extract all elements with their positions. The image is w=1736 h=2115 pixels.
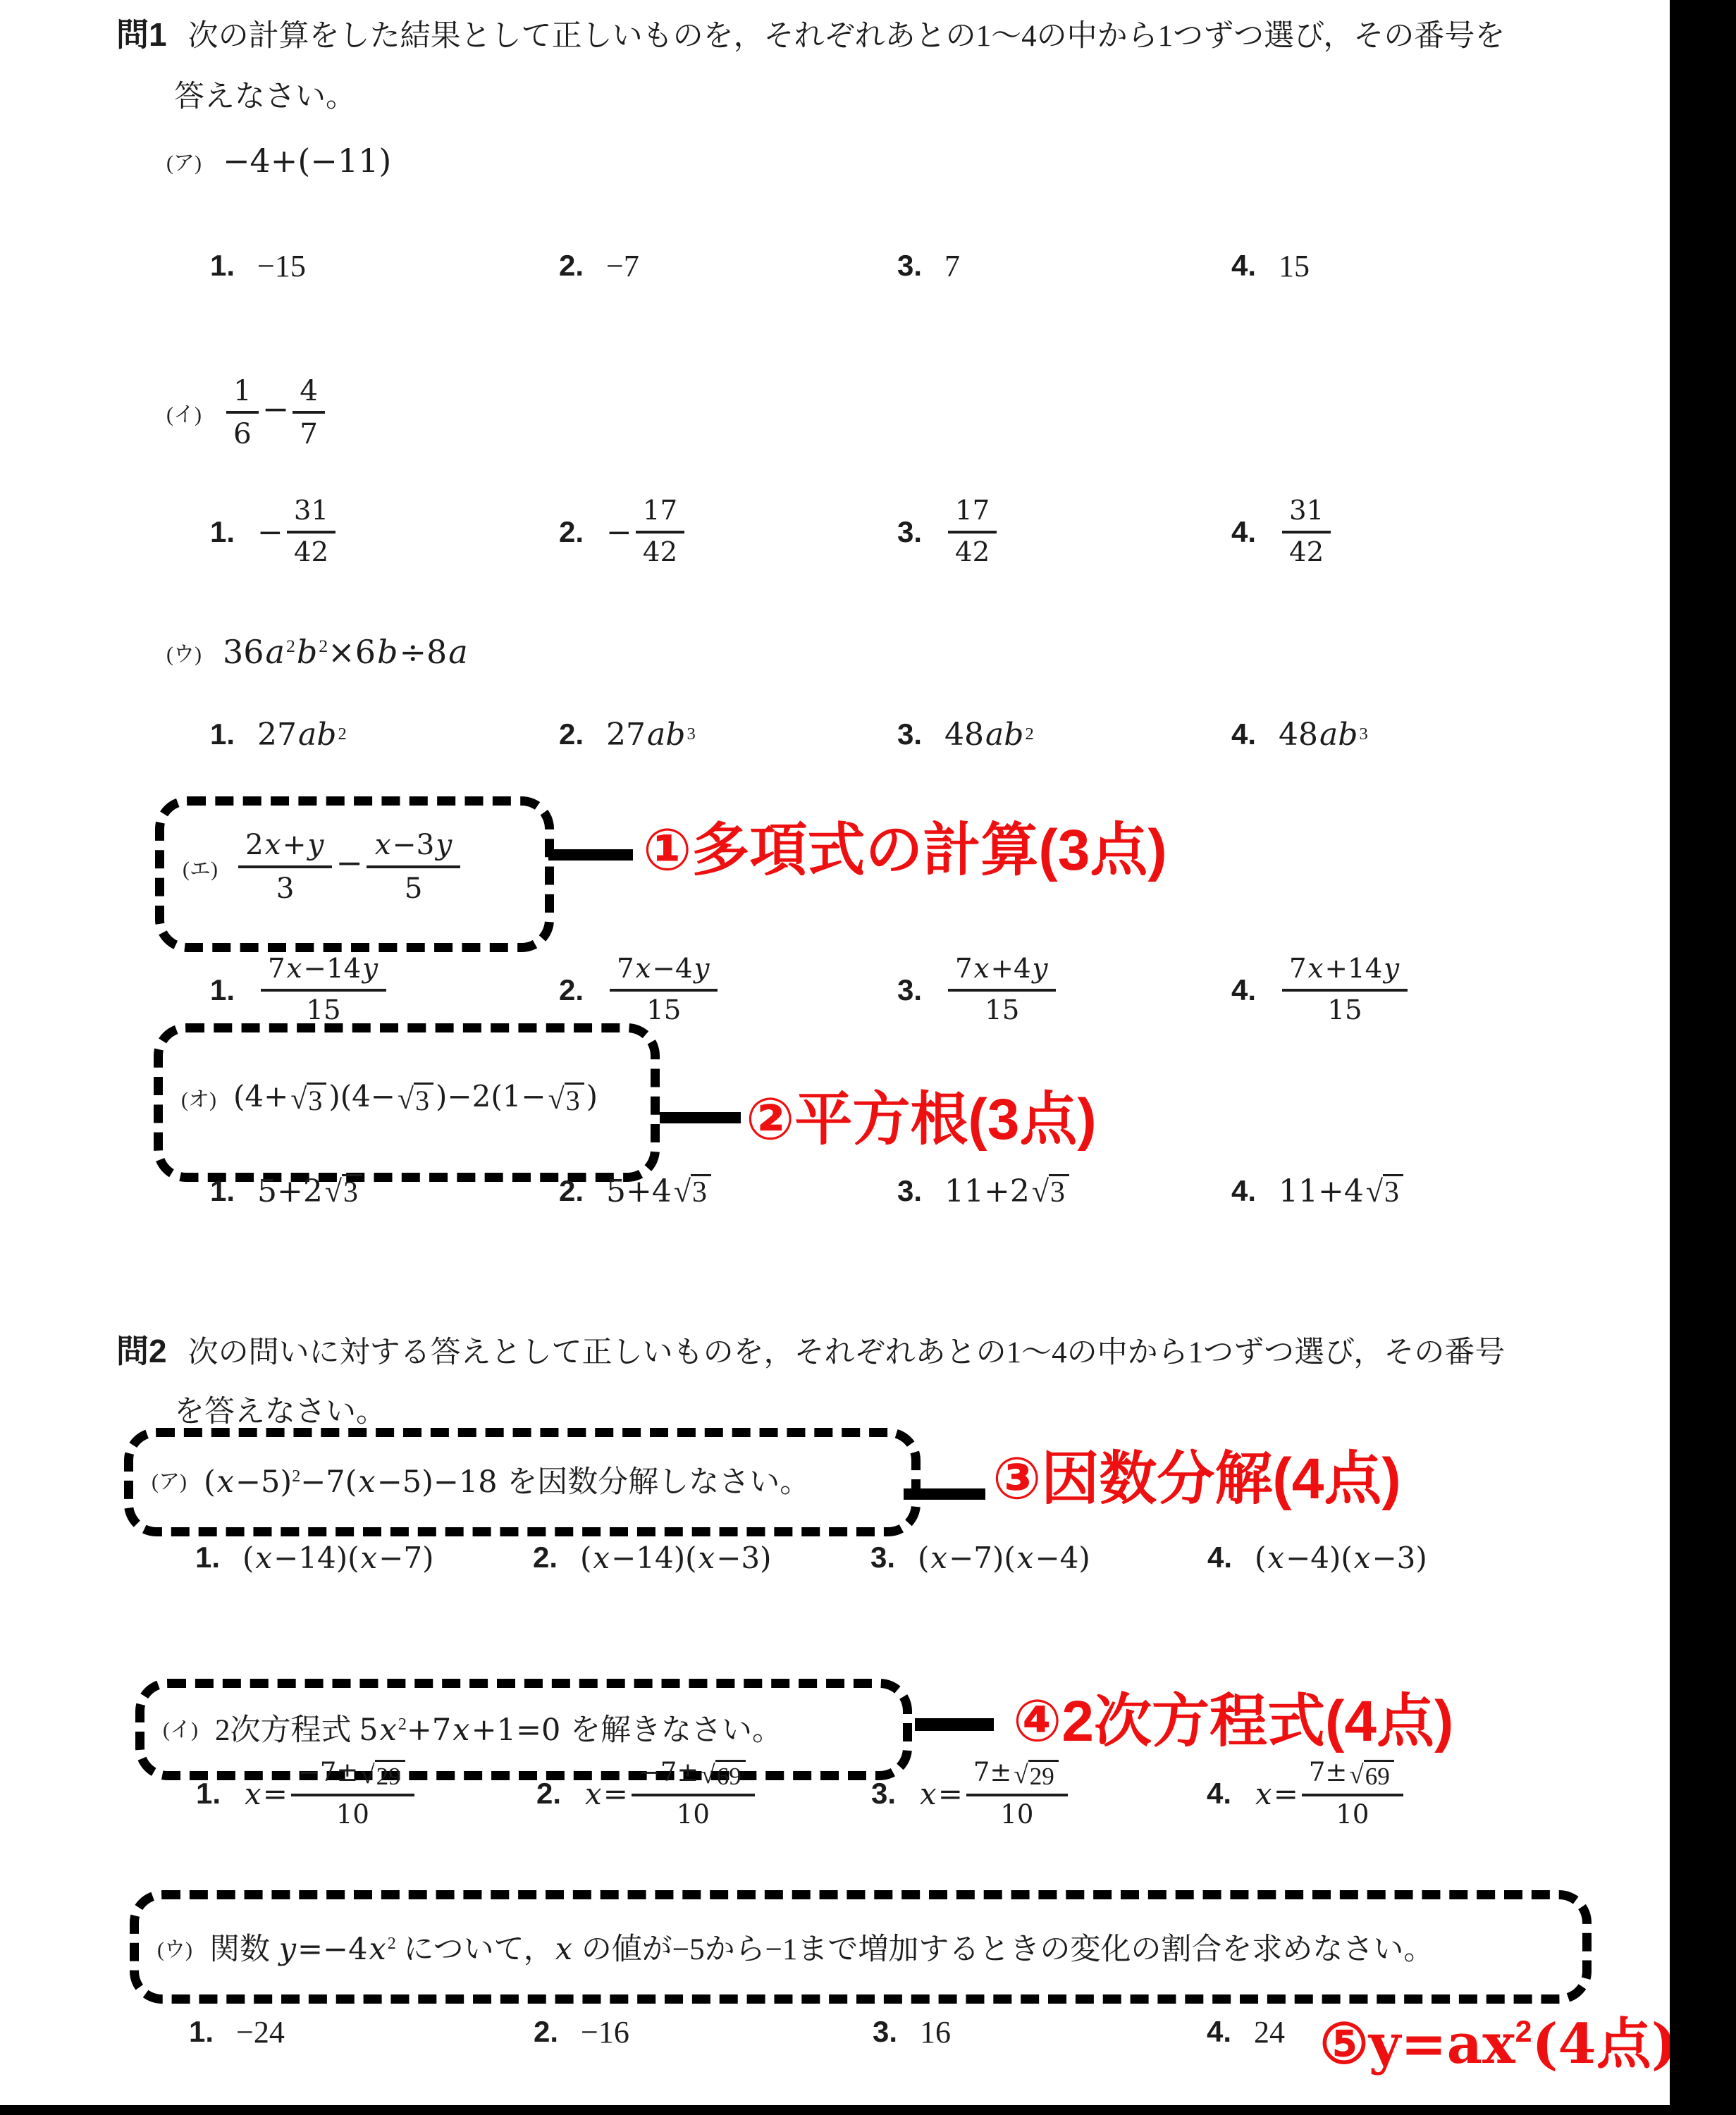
choice-number: 4. [1231, 973, 1256, 1007]
q1a-expression: −4+(−11) [223, 142, 391, 180]
sqrt-radical: √3 [325, 1174, 362, 1208]
q2a-problem: (ア) (x−5)2−7(x−5)−18 を因数分解しなさい。 [133, 1458, 911, 1507]
choice-number: 4. [1231, 1174, 1256, 1208]
choice-value: 7x−4y15 [606, 954, 721, 1026]
q2-heading: 問2 次の問いに対する答えとして正しいものを，それぞれあとの1～4の中から1つず… [116, 1332, 1505, 1371]
annotation-2: ②平方根(3点) [746, 1090, 1097, 1150]
choice-number: 1. [196, 1777, 221, 1811]
sqrt-radical: √3 [1366, 1174, 1403, 1208]
annotation-connector-4 [915, 1718, 994, 1731]
q1e-choices: 1. 5+2√3 2. 5+4√3 3. 11+2√3 4. 11+4√3 [0, 1170, 1670, 1212]
choice: 2. −16 [534, 2011, 629, 2053]
scan-edge-right-bar [1670, 0, 1736, 2115]
choice: 2. 7x−4y15 [559, 948, 721, 1032]
q1e-tag: (オ) [181, 1082, 216, 1113]
choice-value: 24 [1254, 2014, 1285, 2050]
q2a-choices: 1. (x−14)(x−7) 2. (x−14)(x−3) 3. (x−7)(x… [0, 1536, 1670, 1579]
choice: 4. (x−4)(x−3) [1207, 1536, 1427, 1579]
choice-number: 3. [897, 973, 922, 1007]
choice-number: 3. [873, 2015, 897, 2049]
choice-value: 7x−14y15 [257, 954, 390, 1026]
q1-heading: 問1 次の計算をした結果として正しいものを，それぞれあとの1～4の中から1つずつ… [116, 16, 1505, 55]
annotation-connector-3 [904, 1488, 985, 1500]
choice: 2. −1742 [559, 490, 688, 574]
q2a-expression: (x−5)2−7(x−5)−18 を因数分解しなさい。 [204, 1458, 810, 1501]
choice-value: 27ab2 [257, 717, 347, 753]
q1e-highlight-box: (オ) (4+√3)(4−√3)−2(1−√3) [154, 1023, 660, 1182]
choice-value: 7x+4y15 [944, 954, 1059, 1026]
choice-value: 5+4√3 [606, 1173, 713, 1209]
q2c-expression: 関数 y=−4x2 について，x の値が−5から−1まで増加するときの変化の割合… [209, 1925, 1434, 1968]
choice-number: 1. [195, 1541, 220, 1574]
choice-value: 3142 [1279, 495, 1334, 568]
choice: 4. 7x+14y15 [1231, 948, 1411, 1032]
choice: 2. −7 [559, 245, 639, 287]
choice-value: x=−7±√6910 [584, 1758, 758, 1830]
choice-value: 1742 [944, 495, 1000, 568]
choice: 4. 24 [1207, 2011, 1285, 2053]
choice-value: 7 [944, 248, 960, 284]
choice-number: 4. [1207, 1541, 1232, 1574]
q2a-highlight-box: (ア) (x−5)2−7(x−5)−18 を因数分解しなさい。 [124, 1428, 921, 1536]
choice: 3. (x−7)(x−4) [870, 1536, 1090, 1579]
choice-value: 5+2√3 [257, 1173, 364, 1209]
q2b-problem: (イ) 2次方程式 5x2+7x+1=0 を解きなさい。 [144, 1706, 903, 1753]
choice: 4. 11+4√3 [1231, 1170, 1405, 1212]
sqrt-radical: √3 [548, 1083, 584, 1115]
choice: 1. −24 [189, 2011, 285, 2053]
choice: 4. 15 [1231, 245, 1310, 287]
choice-value: 7x+14y15 [1279, 954, 1411, 1026]
choice-number: 2. [559, 1174, 584, 1208]
sqrt-radical: √69 [701, 1760, 745, 1789]
q2c-highlight-box: (ウ) 関数 y=−4x2 について，x の値が−5から−1まで増加するときの変… [130, 1890, 1592, 2004]
choice: 2. x=−7±√6910 [536, 1748, 758, 1839]
choice-value: 11+4√3 [1279, 1173, 1405, 1209]
choice-value: −24 [236, 2014, 285, 2050]
choice-value: (x−14)(x−7) [242, 1541, 433, 1575]
choice-number: 2. [559, 973, 584, 1007]
choice-number: 4. [1231, 515, 1256, 549]
annotation-3: ③因数分解(4点) [992, 1449, 1401, 1510]
sqrt-radical: √69 [1349, 1760, 1393, 1789]
q1a-choices: 1. −15 2. −7 3. 7 4. 15 [0, 245, 1670, 287]
choice-value: x=7±√6910 [1254, 1758, 1407, 1830]
q1e-expression: (4+√3)(4−√3)−2(1−√3) [233, 1079, 598, 1115]
sqrt-radical: √3 [290, 1083, 326, 1115]
sqrt-radical: √29 [1014, 1760, 1058, 1789]
q1c-choices: 1. 27ab2 2. 27ab3 3. 48ab2 4. 48ab3 [0, 713, 1670, 756]
choice: 3. 7 [897, 245, 960, 287]
q2a-tag: (ア) [152, 1464, 187, 1495]
choice: 3. 7x+4y15 [897, 948, 1059, 1032]
sqrt-radical: √29 [360, 1760, 405, 1789]
choice-number: 1. [210, 973, 235, 1007]
q1-lead-line1: 次の計算をした結果として正しいものを，それぞれあとの1～4の中から1つずつ選び，… [188, 18, 1506, 55]
choice: 3. x=7±√2910 [871, 1748, 1071, 1839]
choice-number: 2. [559, 717, 584, 751]
q1b-expression: 16−47 [223, 374, 328, 451]
choice-value: (x−7)(x−4) [918, 1541, 1090, 1575]
choice-value: −7 [606, 248, 639, 284]
choice-number: 2. [534, 2015, 558, 2049]
choice: 1. 5+2√3 [210, 1170, 364, 1212]
choice: 3. 48ab2 [897, 713, 1034, 756]
sqrt-radical: √3 [398, 1083, 433, 1115]
choice-number: 1. [210, 1174, 235, 1208]
q1c-expression: 36a2b2×6b÷8a [223, 633, 469, 671]
annotation-connector-1 [548, 849, 633, 861]
q1e-problem: (オ) (4+√3)(4−√3)−2(1−√3) [163, 1079, 651, 1126]
choice-value: (x−14)(x−3) [580, 1541, 771, 1575]
choice-number: 1. [210, 515, 235, 549]
choice-number: 3. [897, 515, 922, 549]
choice: 3. 1742 [897, 490, 1000, 574]
choice: 4. x=7±√6910 [1207, 1748, 1407, 1839]
choice-value: 15 [1279, 248, 1310, 284]
choice-number: 1. [210, 717, 235, 751]
choice-number: 2. [536, 1777, 561, 1811]
choice-number: 4. [1231, 717, 1256, 751]
q1b-tag: (イ) [166, 397, 202, 428]
scan-edge-bottom-bar [0, 2105, 1736, 2115]
choice: 3. 11+2√3 [897, 1170, 1071, 1212]
choice: 2. (x−14)(x−3) [533, 1536, 772, 1579]
q1d-choices: 1. 7x−14y15 2. 7x−4y15 3. 7x+4y15 4. 7x+… [0, 948, 1670, 1032]
q1c-tag: (ウ) [166, 636, 202, 667]
q1d-tag: (エ) [183, 851, 218, 882]
choice-number: 2. [559, 515, 584, 549]
choice-number: 4. [1231, 249, 1256, 283]
q2-lead-line2: を答えなさい。 [174, 1394, 386, 1431]
choice-number: 2. [559, 249, 584, 283]
choice-number: 3. [897, 249, 922, 283]
annotation-4: ④2次方程式(4点) [1013, 1691, 1453, 1752]
choice-value: x=−7±√2910 [243, 1758, 418, 1830]
choice-value: −16 [581, 2014, 629, 2050]
choice: 1. (x−14)(x−7) [195, 1536, 434, 1579]
choice-value: 27ab3 [606, 717, 696, 753]
choice-number: 3. [871, 1777, 896, 1811]
q1-lead-line2-wrap: 答えなさい。 [174, 79, 356, 116]
q2b-expression: 2次方程式 5x2+7x+1=0 を解きなさい。 [215, 1706, 782, 1749]
sqrt-radical: √3 [674, 1174, 711, 1208]
annotation-connector-2 [660, 1112, 741, 1123]
q1b-problem: (イ) 16−47 [166, 370, 328, 455]
q2b-tag: (イ) [163, 1712, 198, 1743]
q2b-choices: 1. x=−7±√2910 2. x=−7±√6910 3. x=7±√2910… [0, 1748, 1670, 1839]
choice: 2. 27ab3 [559, 713, 696, 756]
q1-number: 問1 [116, 16, 167, 54]
q2c-problem: (ウ) 関数 y=−4x2 について，x の値が−5から−1まで増加するときの変… [139, 1925, 1582, 1968]
choice: 1. x=−7±√2910 [196, 1748, 418, 1839]
q1d-highlight-box: (エ) 2x+y3−x−3y5 [155, 796, 554, 952]
choice-number: 4. [1207, 2015, 1231, 2049]
choice-value: −3142 [257, 495, 339, 568]
choice: 4. 48ab3 [1231, 713, 1368, 756]
choice: 1. −3142 [210, 490, 339, 574]
q2-number: 問2 [116, 1332, 167, 1371]
choice: 1. 7x−14y15 [210, 948, 390, 1032]
choice-value: 48ab3 [1279, 717, 1368, 753]
choice-number: 1. [210, 249, 235, 283]
choice: 3. 16 [873, 2011, 951, 2053]
choice-number: 4. [1207, 1777, 1231, 1811]
choice-value: 11+2√3 [944, 1173, 1071, 1209]
choice-value: 16 [920, 2014, 951, 2050]
sqrt-radical: √3 [1032, 1174, 1069, 1208]
choice: 2. 5+4√3 [559, 1170, 713, 1212]
choice-number: 2. [533, 1541, 558, 1574]
choice-value: −1742 [606, 495, 688, 568]
q1a-tag: (ア) [166, 145, 202, 176]
choice: 4. 3142 [1231, 490, 1334, 574]
choice-value: (x−4)(x−3) [1255, 1541, 1427, 1575]
choice-value: 48ab2 [944, 717, 1034, 753]
choice-value: x=7±√2910 [918, 1758, 1071, 1830]
choice-number: 3. [897, 717, 922, 751]
q1a-problem: (ア) −4+(−11) [166, 136, 391, 185]
choice-number: 1. [189, 2015, 214, 2049]
q2c-tag: (ウ) [157, 1932, 192, 1963]
annotation-1: ①多項式の計算(3点) [643, 820, 1167, 881]
q1d-problem: (エ) 2x+y3−x−3y5 [164, 828, 545, 920]
q2-lead-line1: 次の問いに対する答えとして正しいものを，それぞれあとの1～4の中から1つずつ選び… [188, 1335, 1506, 1371]
choice: 1. −15 [210, 245, 306, 287]
choice-number: 3. [897, 1174, 922, 1208]
q1b-choices: 1. −3142 2. −1742 3. 1742 4. 3142 [0, 490, 1670, 574]
q1c-problem: (ウ) 36a2b2×6b÷8a [166, 627, 469, 677]
q1d-expression: 2x+y3−x−3y5 [235, 828, 464, 905]
q1-lead-line2: 答えなさい。 [174, 79, 356, 116]
annotation-5: ⑤y=ax2(4点) [1319, 2016, 1677, 2073]
q2-lead-line2-wrap: を答えなさい。 [174, 1394, 386, 1431]
exam-scan-page: 問1 次の計算をした結果として正しいものを，それぞれあとの1～4の中から1つずつ… [0, 0, 1736, 2115]
choice-number: 3. [870, 1541, 895, 1574]
choice: 1. 27ab2 [210, 713, 347, 756]
choice-value: −15 [257, 248, 306, 284]
